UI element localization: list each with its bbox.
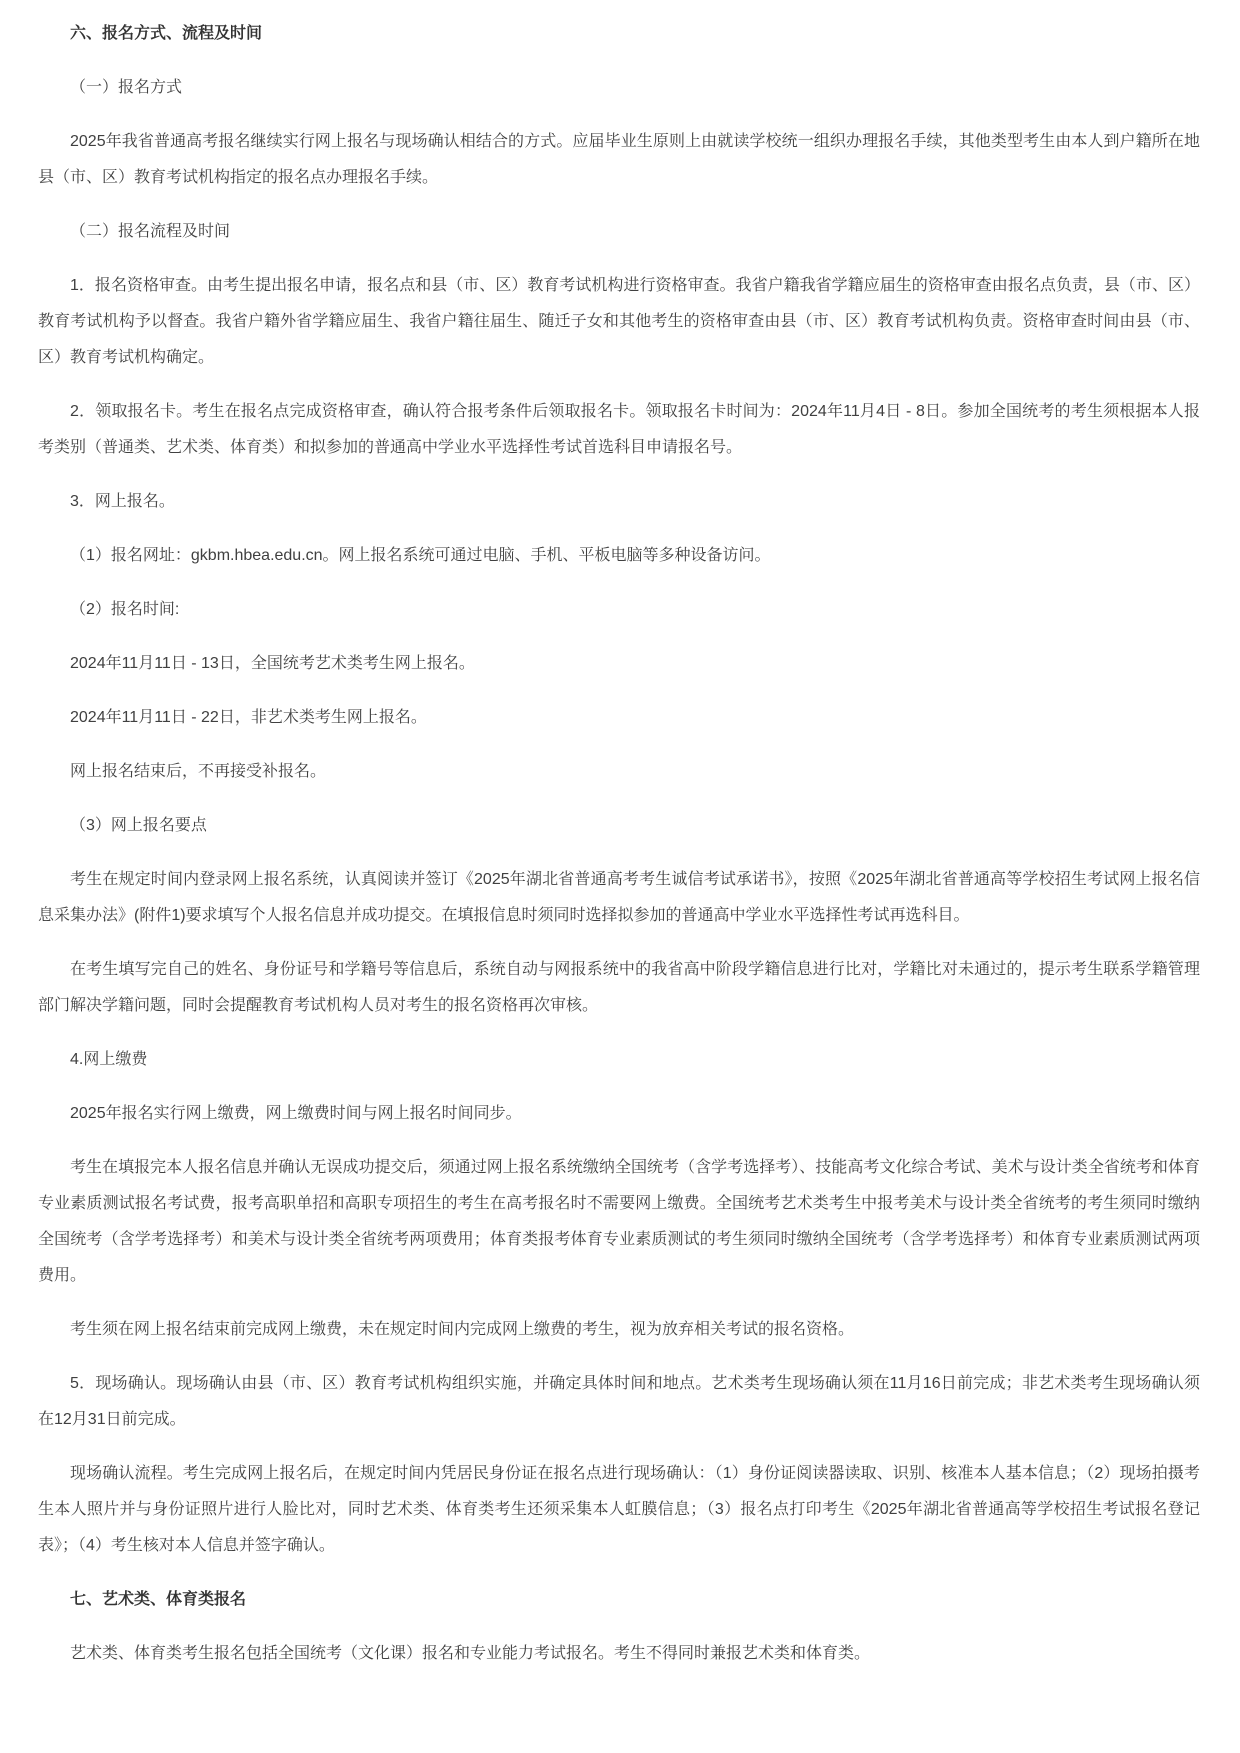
document-page: 六、报名方式、流程及时间 （一）报名方式 2025年我省普通高考报名继续实行网上…	[0, 0, 1240, 1730]
paragraph-payment-time: 2025年报名实行网上缴费，网上缴费时间与网上报名时间同步。	[38, 1096, 1200, 1132]
paragraph-art-registration-dates: 2024年11月11日 - 13日，全国统考艺术类考生网上报名。	[38, 646, 1200, 682]
paragraph-method-body: 2025年我省普通高考报名继续实行网上报名与现场确认相结合的方式。应届毕业生原则…	[38, 124, 1200, 196]
paragraph-subheading-method: （一）报名方式	[38, 70, 1200, 106]
paragraph-nonart-registration-dates: 2024年11月11日 - 22日，非艺术类考生网上报名。	[38, 700, 1200, 736]
paragraph-registration-time-label: （2）报名时间:	[38, 592, 1200, 628]
paragraph-step2-card-collection: 2．领取报名卡。考生在报名点完成资格审查，确认符合报考条件后领取报名卡。领取报名…	[38, 394, 1200, 466]
paragraph-info-verification: 在考生填写完自己的姓名、身份证号和学籍号等信息后，系统自动与网报系统中的我省高中…	[38, 952, 1200, 1024]
paragraph-payment-deadline: 考生须在网上报名结束前完成网上缴费，未在规定时间内完成网上缴费的考生，视为放弃相…	[38, 1312, 1200, 1348]
paragraph-payment-detail: 考生在填报完本人报名信息并确认无误成功提交后，须通过网上报名系统缴纳全国统考（含…	[38, 1150, 1200, 1294]
section-heading-registration-method: 六、报名方式、流程及时间	[38, 16, 1200, 52]
paragraph-subheading-process: （二）报名流程及时间	[38, 214, 1200, 250]
paragraph-onsite-confirmation-process: 现场确认流程。考生完成网上报名后，在规定时间内凭居民身份证在报名点进行现场确认：…	[38, 1456, 1200, 1564]
paragraph-online-registration-points: （3）网上报名要点	[38, 808, 1200, 844]
paragraph-art-sports-body: 艺术类、体育类考生报名包括全国统考（文化课）报名和专业能力考试报名。考生不得同时…	[38, 1636, 1200, 1672]
paragraph-online-registration-detail: 考生在规定时间内登录网上报名系统，认真阅读并签订《2025年湖北省普通高考考生诚…	[38, 862, 1200, 934]
paragraph-step3-online-registration: 3．网上报名。	[38, 484, 1200, 520]
paragraph-step4-online-payment: 4.网上缴费	[38, 1042, 1200, 1078]
paragraph-no-late-registration: 网上报名结束后，不再接受补报名。	[38, 754, 1200, 790]
paragraph-registration-website: （1）报名网址：gkbm.hbea.edu.cn。网上报名系统可通过电脑、手机、…	[38, 538, 1200, 574]
paragraph-step1-qualification-review: 1．报名资格审查。由考生提出报名申请，报名点和县（市、区）教育考试机构进行资格审…	[38, 268, 1200, 376]
paragraph-step5-onsite-confirmation: 5．现场确认。现场确认由县（市、区）教育考试机构组织实施，并确定具体时间和地点。…	[38, 1366, 1200, 1438]
section-heading-art-sports-registration: 七、艺术类、体育类报名	[38, 1582, 1200, 1618]
